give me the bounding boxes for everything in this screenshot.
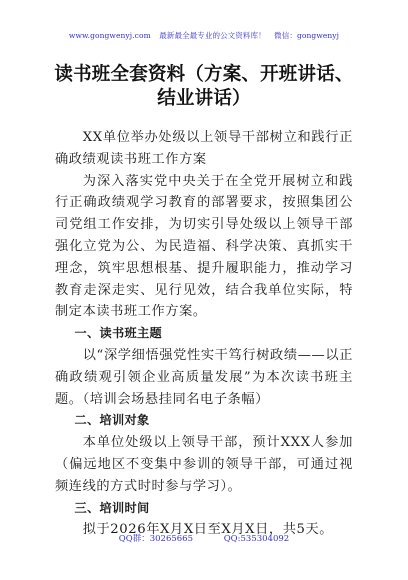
- header-slogan: 最新最全最专业的公文资料库！: [159, 31, 265, 40]
- section-heading-time: 三、培训时间: [55, 498, 353, 520]
- document-page: www.gongwenyj.com 最新最全最专业的公文资料库！ 微信：gong…: [0, 0, 408, 580]
- footer-qq-group: QQ群：30265665: [119, 534, 193, 544]
- subtitle-paragraph: XX单位举办处级以上领导干部树立和践行正确政绩观读书班工作方案: [55, 127, 353, 171]
- document-body: XX单位举办处级以上领导干部树立和践行正确政绩观读书班工作方案 为深入落实党中央…: [55, 127, 353, 541]
- section-heading-theme: 一、读书班主题: [55, 323, 353, 345]
- document-title: 读书班全套资料（方案、开班讲话、结业讲话）: [50, 63, 358, 111]
- section-text-participants: 本单位处级以上领导干部，预计XXX人参加（偏远地区不变集中参训的领导干部，可通过…: [55, 432, 353, 497]
- page-footer: QQ群：30265665 QQ:535304092: [0, 532, 408, 544]
- header-website-link[interactable]: www.gongwenyj.com: [69, 31, 151, 40]
- header-wechat: 微信：gongwenyj: [274, 31, 339, 40]
- intro-paragraph: 为深入落实党中央关于在全党开展树立和践行正确政绩观学习教育的部署要求，按照集团公…: [55, 171, 353, 324]
- section-heading-participants: 二、培训对象: [55, 410, 353, 432]
- footer-qq: QQ:535304092: [224, 534, 289, 544]
- page-header: www.gongwenyj.com 最新最全最专业的公文资料库！ 微信：gong…: [0, 30, 408, 41]
- section-text-theme: 以“深学细悟强党性实干笃行树政绩——以正确政绩观引领企业高质量发展”为本次读书班…: [55, 345, 353, 410]
